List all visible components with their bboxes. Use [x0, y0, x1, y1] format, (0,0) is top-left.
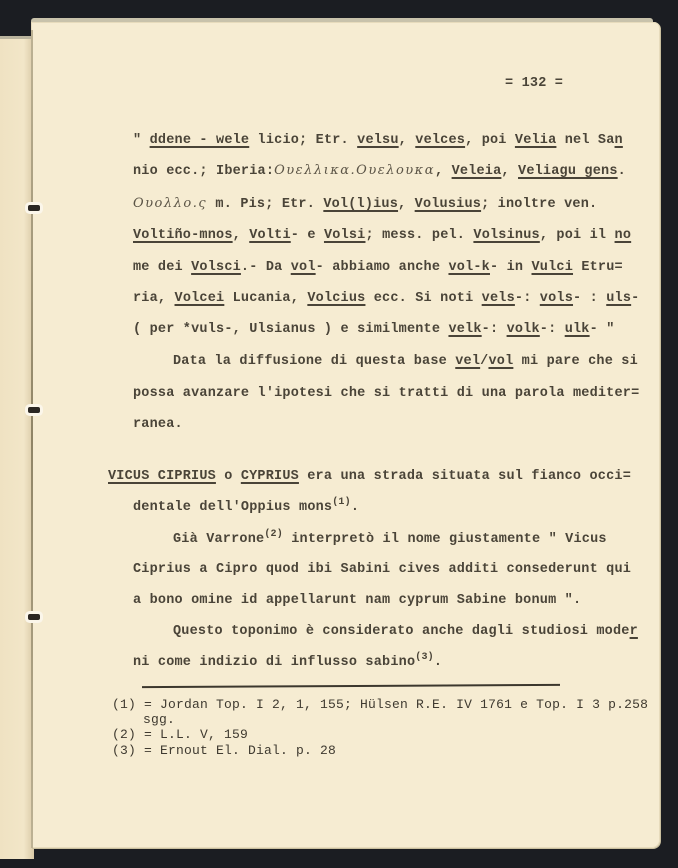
text-run: mi pare che si — [513, 354, 638, 369]
underlined-term: Volcius — [307, 291, 365, 306]
underlined-term: VICUS CIPRIUS — [108, 469, 216, 484]
text-line: nio ecc.; Iberia:Ουελλικα.Ουελουκα, Vele… — [133, 163, 626, 179]
text-run: Lucania, — [224, 291, 307, 306]
text-run: " — [133, 133, 150, 148]
text-run: - : — [573, 291, 606, 306]
binding-spine — [31, 30, 33, 848]
text-run: , — [398, 197, 415, 212]
underlined-term: Volti — [249, 228, 291, 243]
underlined-term: Veliagu gens — [518, 164, 618, 179]
footnote: (3) = Ernout El. Dial. p. 28 — [112, 743, 336, 758]
handwritten-greek: Ουελλικα.Ουελουκα — [274, 163, 435, 178]
text-run: , — [399, 133, 416, 148]
text-line: Ουολλο.ς m. Pis; Etr. Vol(l)ius, Volusiu… — [133, 196, 597, 212]
footnote-mark: (2) — [112, 727, 144, 742]
text-run: ni come indizio di influsso sabino — [133, 655, 415, 670]
text-run: ; inoltre ven. — [481, 197, 597, 212]
underlined-term: vel — [455, 354, 480, 369]
text-run: , — [501, 164, 518, 179]
binding-hole-icon — [28, 407, 40, 413]
footnote-mark: (3) — [112, 743, 144, 758]
text-run: - e — [291, 228, 324, 243]
text-run: ; mess. pel. — [365, 228, 473, 243]
underlined-term: velsu — [357, 133, 399, 148]
text-run: , — [435, 164, 452, 179]
text-run: o — [216, 469, 241, 484]
text-run: Questo toponimo è considerato anche dagl… — [173, 624, 630, 639]
text-run: ria, — [133, 291, 175, 306]
text-run: ecc. Si noti — [365, 291, 481, 306]
text-run: - " — [590, 322, 615, 337]
text-line: a bono omine id appellarunt nam cyprum S… — [133, 593, 581, 608]
underlined-term: Volcei — [175, 291, 225, 306]
text-run: -: — [482, 322, 507, 337]
text-line: possa avanzare l'ipotesi che si tratti d… — [133, 386, 639, 401]
text-run: . — [434, 655, 442, 670]
underlined-term: Voltiño-mnos — [133, 228, 233, 243]
binding-hole-icon — [28, 614, 40, 620]
footnote-text: = Ernout El. Dial. p. 28 — [144, 743, 336, 758]
text-run: ( per *vuls-, Ulsianus ) e similmente — [133, 322, 448, 337]
text-run: era una strada situata sul fianco occi= — [299, 469, 631, 484]
underlined-term: Volsi — [324, 228, 366, 243]
text-run: licio; Etr. — [249, 133, 357, 148]
text-line: ria, Volcei Lucania, Volcius ecc. Si not… — [133, 291, 639, 306]
footnote: (1) = Jordan Top. I 2, 1, 155; Hülsen R.… — [112, 697, 648, 712]
text-line: dentale dell'Oppius mons(1). — [133, 500, 359, 515]
text-line: VICUS CIPRIUS o CYPRIUS era una strada s… — [108, 469, 631, 484]
text-run: , — [233, 228, 250, 243]
underlined-term: Volusius — [415, 197, 481, 212]
footnote: (2) = L.L. V, 159 — [112, 727, 248, 742]
underlined-term: ddene - wele — [150, 133, 250, 148]
text-run: Ciprius a Cipro quod ibi Sabini cives ad… — [133, 562, 631, 577]
text-run: m. Pis; Etr. — [207, 197, 323, 212]
text-run: interpretò il nome giustamente " Vicus — [283, 532, 607, 547]
footnote-continuation: sgg. — [143, 712, 175, 727]
footnote-mark: (1) — [112, 697, 144, 712]
underlined-term: r — [630, 624, 638, 639]
text-run: , poi il — [540, 228, 615, 243]
page-number: = 132 = — [505, 76, 563, 91]
footnote-ref: (3) — [415, 652, 434, 663]
text-line: Già Varrone(2) interpretò il nome giusta… — [173, 532, 607, 547]
underlined-term: Volsci — [191, 260, 241, 275]
text-line: " ddene - wele licio; Etr. velsu, velces… — [133, 133, 623, 148]
text-run: possa avanzare l'ipotesi che si tratti d… — [133, 386, 639, 401]
text-run: Già Varrone — [173, 532, 264, 547]
text-run: - in — [490, 260, 532, 275]
text-run: - — [631, 291, 639, 306]
text-run: me dei — [133, 260, 191, 275]
footnote-text: = Jordan Top. I 2, 1, 155; Hülsen R.E. I… — [144, 697, 648, 712]
text-line: ni come indizio di influsso sabino(3). — [133, 655, 442, 670]
text-run: . — [351, 500, 359, 515]
underlined-term: volk — [507, 322, 540, 337]
text-run: , poi — [465, 133, 515, 148]
handwritten-greek: Ουολλο.ς — [133, 196, 207, 211]
underlined-term: vol-k — [448, 260, 490, 275]
underlined-term: CYPRIUS — [241, 469, 299, 484]
text-run: -: — [515, 291, 540, 306]
text-run: . — [618, 164, 626, 179]
text-line: Questo toponimo è considerato anche dagl… — [173, 624, 638, 639]
facing-page-edge — [0, 36, 34, 859]
underlined-term: Volsinus — [473, 228, 539, 243]
footnote-ref: (1) — [332, 497, 351, 508]
text-line: Data la diffusione di questa base vel/vo… — [173, 354, 638, 369]
underlined-term: Vulci — [532, 260, 574, 275]
underlined-term: vels — [482, 291, 515, 306]
text-line: ranea. — [133, 417, 183, 432]
text-run: Data la diffusione di questa base — [173, 354, 455, 369]
underlined-term: Velia — [515, 133, 557, 148]
underlined-term: no — [615, 228, 632, 243]
underlined-term: vol — [291, 260, 316, 275]
underlined-term: Veleia — [452, 164, 502, 179]
text-line: me dei Volsci.- Da vol- abbiamo anche vo… — [133, 260, 623, 275]
text-run: a bono omine id appellarunt nam cyprum S… — [133, 593, 581, 608]
underlined-term: velces — [415, 133, 465, 148]
underlined-term: Vol(l)ius — [323, 197, 398, 212]
text-run: nio ecc.; Iberia: — [133, 164, 274, 179]
text-run: -: — [540, 322, 565, 337]
text-run: dentale dell'Oppius mons — [133, 500, 332, 515]
underlined-term: velk — [448, 322, 481, 337]
underlined-term: n — [615, 133, 623, 148]
underlined-term: uls — [606, 291, 631, 306]
text-run: ranea. — [133, 417, 183, 432]
text-line: ( per *vuls-, Ulsianus ) e similmente ve… — [133, 322, 615, 337]
text-line: Voltiño-mnos, Volti- e Volsi; mess. pel.… — [133, 228, 631, 243]
underlined-term: vol — [488, 354, 513, 369]
text-run: .- Da — [241, 260, 291, 275]
text-run: nel Sa — [556, 133, 614, 148]
footnote-text: = L.L. V, 159 — [144, 727, 248, 742]
binding-hole-icon — [28, 205, 40, 211]
text-line: Ciprius a Cipro quod ibi Sabini cives ad… — [133, 562, 631, 577]
underlined-term: ulk — [565, 322, 590, 337]
underlined-term: vols — [540, 291, 573, 306]
text-run: - abbiamo anche — [316, 260, 449, 275]
text-run: Etru= — [573, 260, 623, 275]
footnote-ref: (2) — [264, 529, 283, 540]
